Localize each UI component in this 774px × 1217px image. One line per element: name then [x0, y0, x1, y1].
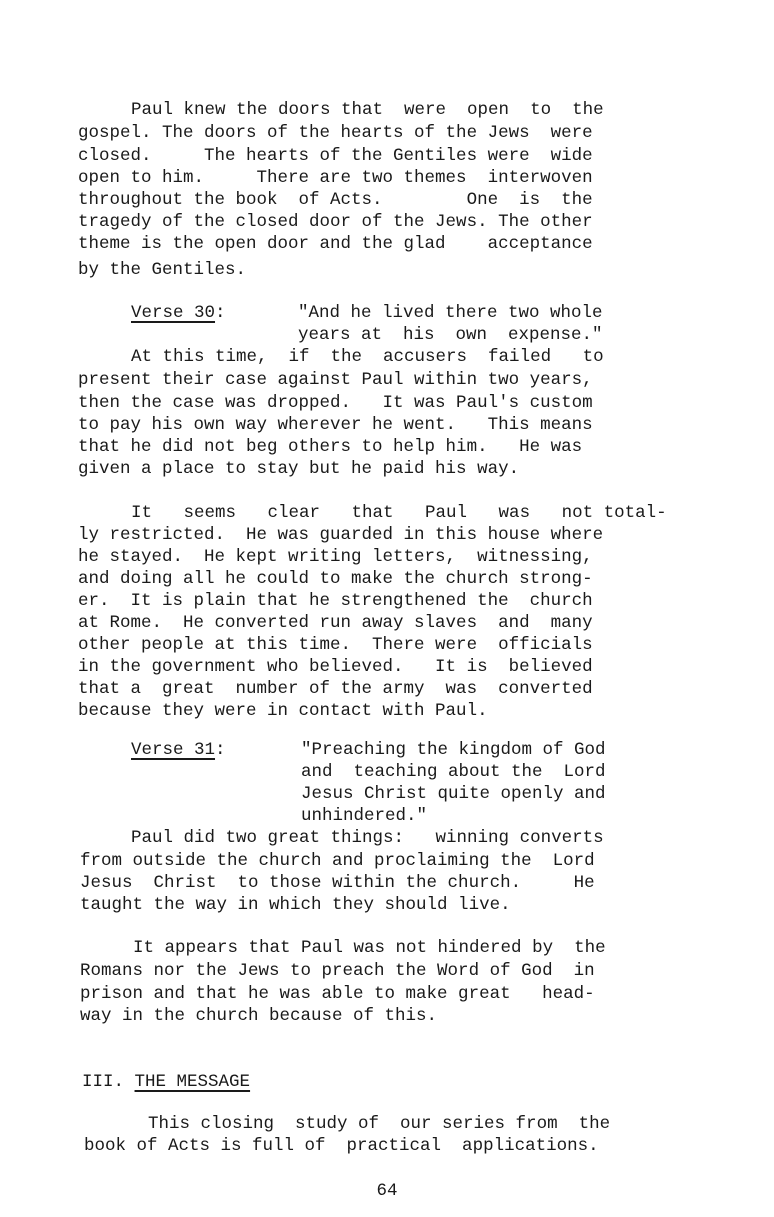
- text-line: other people at this time. There were of…: [78, 634, 593, 656]
- text-line: closed. The hearts of the Gentiles were …: [78, 145, 593, 167]
- text-line: open to him. There are two themes interw…: [78, 167, 593, 189]
- text-line: because they were in contact with Paul.: [78, 700, 488, 722]
- section-title: THE MESSAGE: [135, 1072, 251, 1092]
- verse-30-label: Verse 30:: [131, 302, 226, 324]
- verse-quote-line: unhindered.": [301, 805, 427, 827]
- text-line: by the Gentiles.: [78, 259, 246, 281]
- text-line: It appears that Paul was not hindered by…: [133, 937, 606, 959]
- verse-31-label: Verse 31:: [131, 739, 226, 761]
- text-line: Paul knew the doors that were open to th…: [131, 99, 604, 121]
- document-page: Paul knew the doors that were open to th…: [0, 0, 774, 1217]
- text-line: er. It is plain that he strengthened the…: [78, 590, 593, 612]
- text-line: in the government who believed. It is be…: [78, 656, 593, 678]
- verse-quote-line: "Preaching the kingdom of God: [301, 739, 606, 761]
- text-line: Jesus Christ to those within the church.…: [80, 872, 595, 894]
- verse-quote-line: "And he lived there two whole: [298, 302, 603, 324]
- text-line: way in the church because of this.: [80, 1005, 437, 1027]
- text-line: This closing study of our series from th…: [148, 1113, 610, 1135]
- text-line: book of Acts is full of practical applic…: [84, 1135, 599, 1157]
- text-line: taught the way in which they should live…: [80, 894, 511, 916]
- verse-label-text: Verse 31: [131, 740, 215, 760]
- text-line: present their case against Paul within t…: [78, 369, 593, 391]
- text-line: ly restricted. He was guarded in this ho…: [78, 524, 603, 546]
- verse-quote-line: Jesus Christ quite openly and: [301, 783, 606, 805]
- section-numeral: III.: [82, 1072, 124, 1092]
- text-line: gospel. The doors of the hearts of the J…: [78, 122, 593, 144]
- text-line: prison and that he was able to make grea…: [80, 983, 595, 1005]
- text-line: Romans nor the Jews to preach the Word o…: [80, 960, 595, 982]
- page-number: 64: [0, 1180, 774, 1202]
- text-line: to pay his own way wherever he went. Thi…: [78, 414, 593, 436]
- text-line: It seems clear that Paul was not total-: [131, 502, 667, 524]
- text-line: he stayed. He kept writing letters, witn…: [78, 546, 593, 568]
- text-line: Paul did two great things: winning conve…: [131, 827, 604, 849]
- text-line: at Rome. He converted run away slaves an…: [78, 612, 593, 634]
- text-line: theme is the open door and the glad acce…: [78, 233, 593, 255]
- text-line: then the case was dropped. It was Paul's…: [78, 392, 593, 414]
- verse-quote-line: and teaching about the Lord: [301, 761, 606, 783]
- text-line: tragedy of the closed door of the Jews. …: [78, 211, 593, 233]
- text-line: from outside the church and proclaiming …: [80, 850, 595, 872]
- text-line: that he did not beg others to help him. …: [78, 436, 582, 458]
- verse-label-text: Verse 30: [131, 303, 215, 323]
- text-line: given a place to stay but he paid his wa…: [78, 458, 519, 480]
- verse-quote-line: years at his own expense.": [298, 324, 603, 346]
- verse-label-colon: :: [215, 740, 226, 760]
- text-line: throughout the book of Acts. One is the: [78, 189, 593, 211]
- text-line: that a great number of the army was conv…: [78, 678, 593, 700]
- text-line: and doing all he could to make the churc…: [78, 568, 593, 590]
- section-heading: III. THE MESSAGE: [82, 1071, 250, 1093]
- text-line: At this time, if the accusers failed to: [131, 346, 604, 368]
- verse-label-colon: :: [215, 303, 226, 323]
